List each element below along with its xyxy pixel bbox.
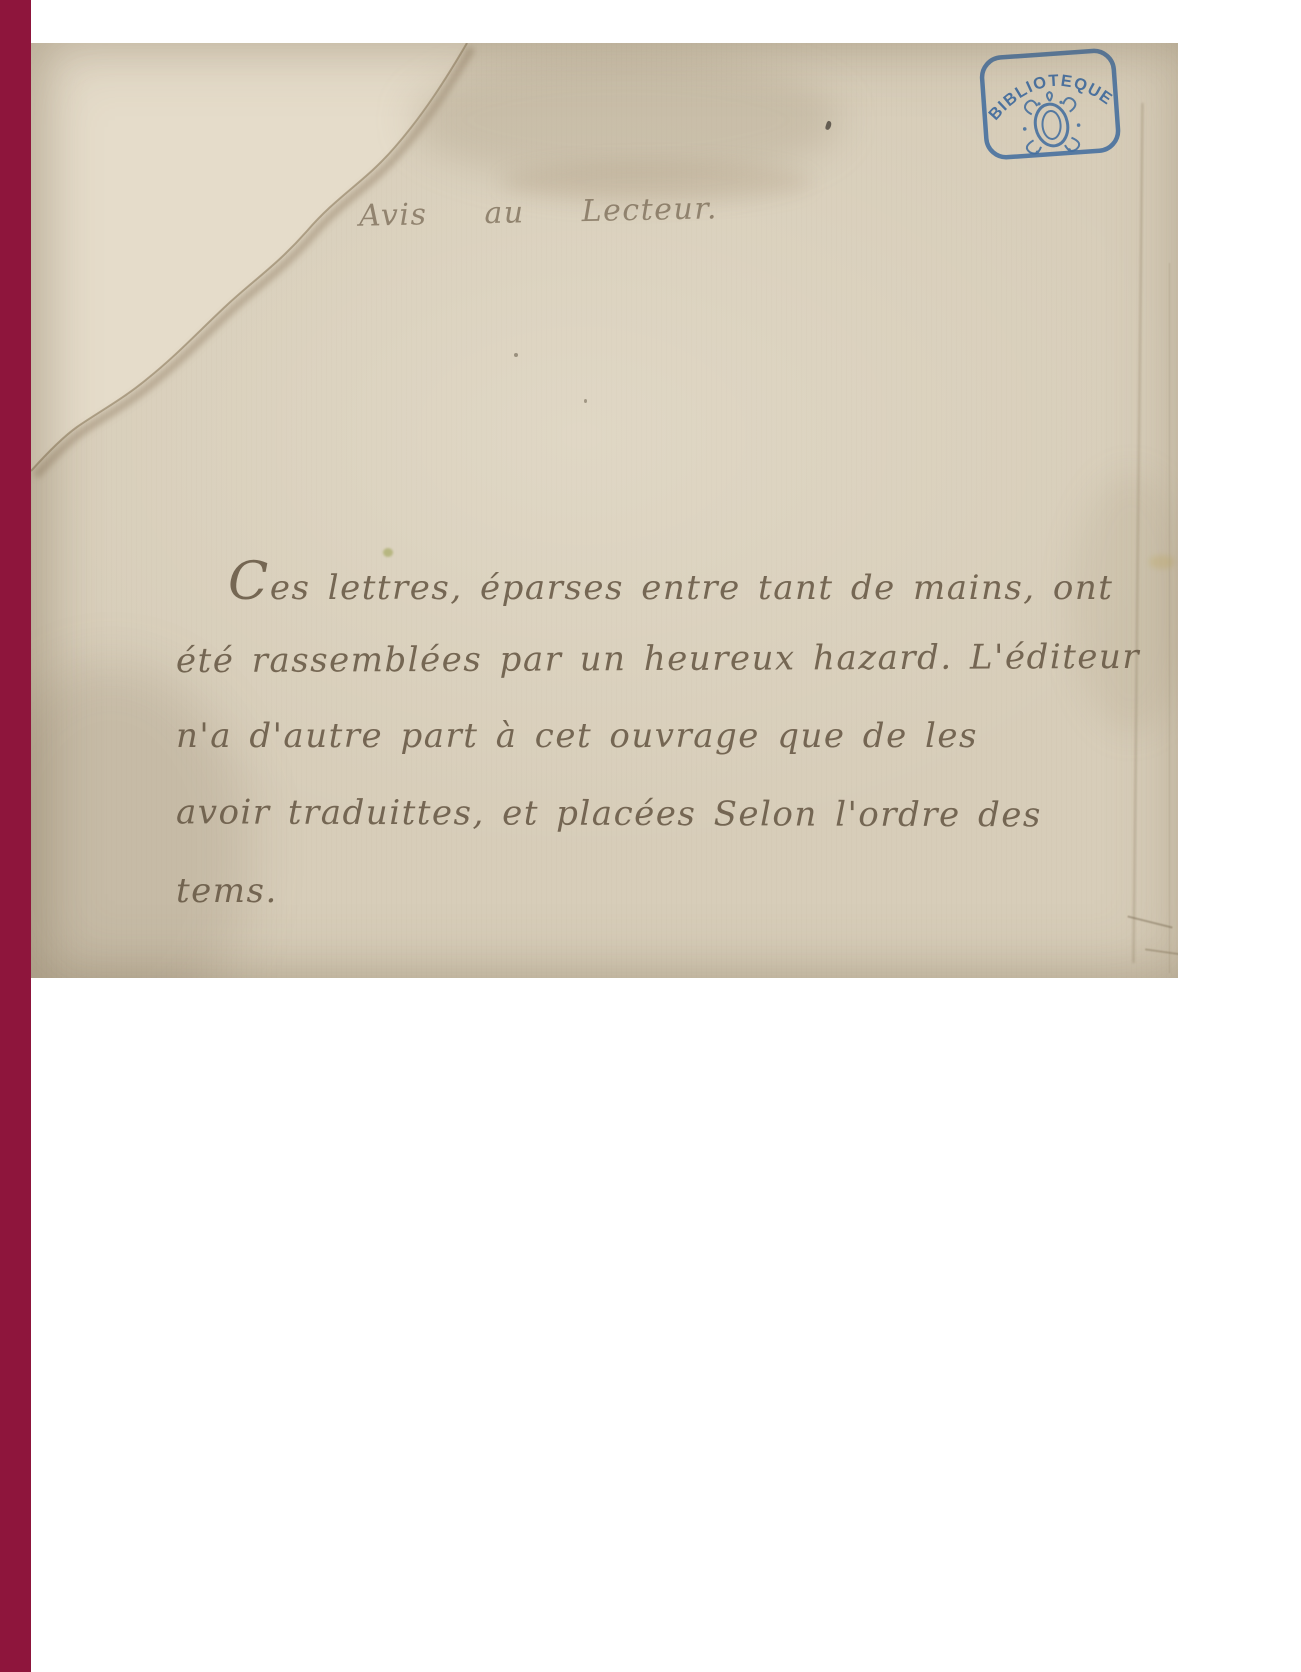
paper-speck [514,353,518,357]
manuscript-line: tems. [176,853,1140,931]
paper-crease-line [1169,263,1170,973]
paper-speck [584,399,587,403]
library-stamp: BIBLIOTEQUE. [975,43,1127,168]
stamp-monogram-icon [1021,90,1083,154]
manuscript-line: été rassemblées par un heureux hazard. L… [176,618,1140,700]
manuscript-body: Ces lettres, éparses entre tant de mains… [176,543,1140,931]
manuscript-line: avoir traduittes, et placées Selon l'ord… [176,774,1140,855]
binding-spine-bar [0,0,31,1672]
manuscript-page: BIBLIOTEQUE. Avis au Lecteur. [31,43,1178,978]
torn-underlay-region [31,43,467,471]
manuscript-line: Ces lettres, éparses entre tant de mains… [176,543,1140,621]
manuscript-line: n'a d'autre part à cet ouvrage que de le… [176,698,1140,776]
paper-spot-yellow [1149,555,1175,569]
